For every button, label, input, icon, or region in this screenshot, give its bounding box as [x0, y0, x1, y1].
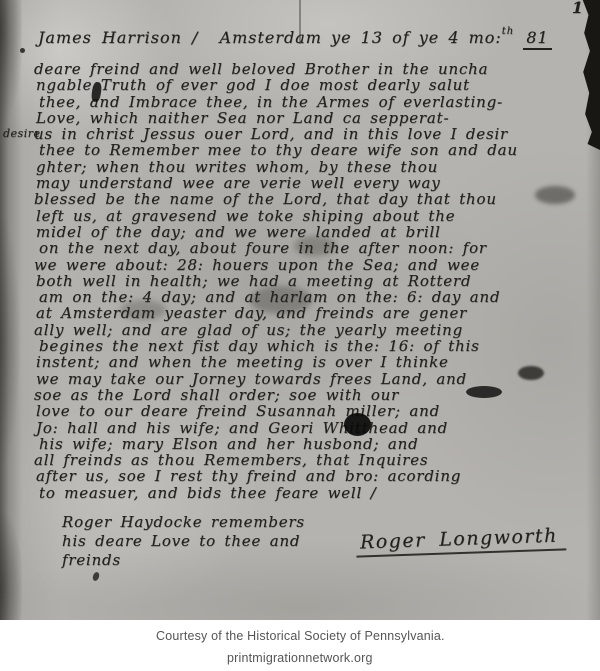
ink-smudge [294, 236, 336, 256]
page-number: 1 [572, 0, 583, 17]
ink-smudge [120, 300, 166, 320]
ink-blot [344, 413, 371, 436]
manuscript-line: we were about: 28: houers upon the Sea; … [34, 257, 584, 273]
manuscript-line: Love, which naither Sea nor Land ca sepp… [36, 110, 586, 126]
website-text: printmigrationnetwork.org [227, 650, 373, 665]
manuscript-line: ngable Truth of ever god I doe most dear… [36, 77, 586, 93]
page: 1 James Harrison / Amsterdam ye 13 of ye… [0, 0, 600, 671]
dateline: Amsterdam ye 13 of ye 4 mo:th 81 [220, 28, 552, 47]
manuscript-line: ghter; when thou writes whom, by these t… [36, 159, 586, 175]
manuscript-line: ally well; and are glad of us; the yearl… [34, 322, 584, 338]
letter-closing: Roger Haydocke remembershis deare Love t… [62, 513, 305, 570]
recipient-name: James Harrison / [38, 28, 198, 47]
credit-line: Courtesy of the Historical Society of Pe… [156, 628, 445, 643]
closing-line: his deare Love to thee and [62, 532, 305, 551]
signature: Roger Longworth [356, 524, 567, 557]
ink-smudge [250, 286, 312, 314]
manuscript-line: at Amsterdam yeaster day, and freinds ar… [36, 305, 586, 321]
manuscript-line: love to our deare freind Susannah miller… [36, 403, 586, 419]
manuscript-line: may understand wee are verie well every … [36, 175, 586, 191]
manuscript-line: thee to Remember mee to thy deare wife s… [39, 142, 589, 158]
dateline-text: Amsterdam ye 13 of ye 4 mo: [220, 28, 502, 47]
manuscript-line: his wife; mary Elson and her husbond; an… [39, 436, 589, 452]
manuscript-line: to measuer, and bids thee feare well / [39, 485, 589, 501]
ink-smudge [535, 186, 575, 204]
dateline-year: 81 [523, 28, 551, 50]
closing-line: Roger Haydocke remembers [62, 513, 305, 532]
caption-strip: Courtesy of the Historical Society of Pe… [0, 620, 600, 671]
manuscript-line: blessed be the name of the Lord, that da… [34, 191, 584, 207]
manuscript-line: am on the: 4 day; and at harlam on the: … [39, 289, 589, 305]
ink-blot [518, 366, 544, 380]
manuscript-line: deare freind and well beloved Brother in… [34, 61, 584, 77]
manuscript-line: we may take our Jorney towards frees Lan… [36, 371, 586, 387]
manuscript-line: us in christ Jessus ouer Lord, and in th… [34, 126, 584, 142]
ink-spot [92, 571, 101, 582]
manuscript-line: begines the next fist day which is the: … [39, 338, 589, 354]
closing-line: freinds [62, 551, 305, 570]
manuscript-line: all freinds as thou Remembers, that Inqu… [34, 452, 584, 468]
manuscript-line: Jo: hall and his wife; and Geori Whitthe… [36, 420, 586, 436]
letter-header: James Harrison / Amsterdam ye 13 of ye 4… [38, 28, 584, 58]
ink-spot [20, 48, 25, 53]
manuscript-scan: 1 James Harrison / Amsterdam ye 13 of ye… [0, 0, 600, 620]
manuscript-line: thee, and Imbrace thee, in the Armes of … [39, 94, 589, 110]
dateline-superscript: th [502, 26, 514, 37]
manuscript-line: left us, at gravesend we toke shiping ab… [36, 208, 586, 224]
manuscript-line: instent; and when the meeting is over I … [36, 354, 586, 370]
letter-body: deare freind and well beloved Brother in… [0, 61, 600, 501]
manuscript-line: after us, soe I rest thy freind and bro:… [36, 468, 586, 484]
ink-blot [466, 386, 502, 398]
manuscript-line: both well in health; we had a meeting at… [36, 273, 586, 289]
manuscript-line: soe as the Lord shall order; soe with ou… [34, 387, 584, 403]
